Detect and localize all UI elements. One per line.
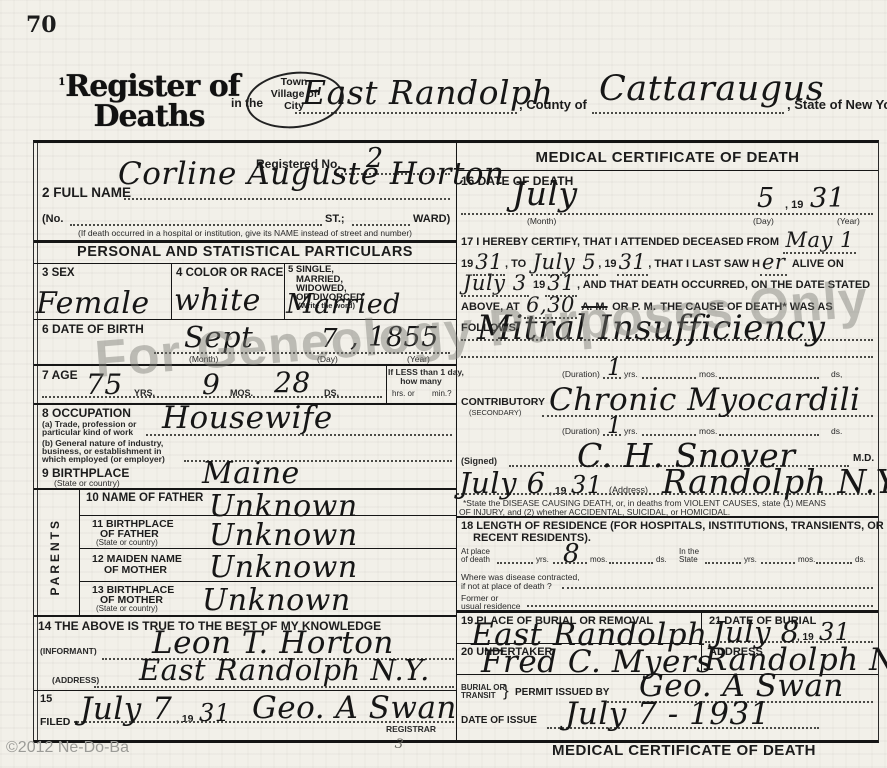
certify-text: 19	[461, 258, 473, 270]
full-name-value: Corline Auguste Horton	[118, 159, 505, 190]
father-birthplace-value: Unknown	[209, 521, 358, 551]
occupation-value: Housewife	[162, 403, 333, 434]
left-column: Registered No. 2 2 FULL NAME Corline Aug…	[34, 143, 456, 740]
attended-from-date: May 1	[783, 228, 855, 254]
column-divider	[456, 143, 457, 740]
cause-of-death-value: Mitral Insufficiency	[477, 311, 825, 345]
rule	[761, 562, 795, 564]
dob-month-caption: (Month)	[189, 354, 218, 364]
death-day-value: 5	[757, 185, 775, 212]
rule	[386, 364, 387, 403]
rule	[124, 198, 450, 200]
duration1-yrs-unit: yrs.	[624, 369, 638, 379]
filed-label: FILED	[40, 716, 70, 728]
duration1-label: (Duration)	[562, 369, 600, 379]
death-year-printed: , 19	[785, 199, 803, 211]
rule	[527, 605, 873, 607]
occupation-b-label-3: which employed (or employer)	[42, 454, 165, 464]
sex-label: 3 SEX	[42, 267, 75, 279]
marital-value: Married	[286, 291, 401, 318]
rule	[457, 516, 878, 518]
copyright-watermark: ©2012 Ne-Do-Ba	[6, 739, 129, 757]
rule	[642, 377, 696, 379]
birthplace-sub-label: (State or country)	[54, 478, 120, 488]
dob-year-value: , 1855	[350, 324, 439, 351]
form-box: Registered No. 2 2 FULL NAME Corline Aug…	[33, 140, 879, 743]
certify-text: , 19	[598, 258, 616, 270]
filed-year-written: 31	[199, 701, 231, 725]
stray-pencil-mark: 3	[394, 737, 405, 751]
page-number: 70	[26, 12, 57, 38]
mother-maiden-value: Unknown	[209, 553, 358, 583]
dob-day-caption: (Day)	[317, 354, 338, 364]
contributory-label: CONTRIBUTORY	[461, 396, 545, 408]
in-state-mos-unit: mos.	[798, 555, 815, 564]
contributory-sub-label: (SECONDARY)	[469, 408, 521, 417]
rule	[34, 263, 456, 264]
last-seen-date: July 3	[461, 271, 529, 297]
at-place-ds-unit: ds.	[656, 555, 667, 564]
race-value: white	[174, 286, 261, 316]
certify-text: 19	[533, 279, 545, 291]
at-place-mos-unit: mos.	[590, 555, 607, 564]
next-certificate-title: MEDICAL CERTIFICATE OF DEATH	[489, 742, 879, 759]
duration2-yrs-unit: yrs.	[624, 426, 638, 436]
father-birthplace-sub: (State or country)	[96, 538, 158, 547]
hospital-note: (If death occurred in a hospital or inst…	[34, 228, 456, 238]
death-day-caption: (Day)	[753, 216, 774, 226]
contributory-value: Chronic Myocardili	[549, 385, 860, 416]
rule	[34, 364, 456, 366]
duration1-mos-unit: mos.	[699, 369, 717, 379]
mother-maiden-label-2: OF MOTHER	[104, 564, 167, 576]
in-state-yrs-unit: yrs.	[744, 555, 757, 564]
death-year-written: 31	[810, 185, 845, 212]
informant-address-value: East Randolph N.Y.	[139, 656, 430, 685]
in-state-label-2: State	[679, 555, 698, 564]
register-title: 1Register of Deaths	[58, 68, 240, 132]
date-of-issue-label: DATE OF ISSUE	[461, 715, 537, 726]
rule	[34, 240, 456, 243]
age-months-value: 9	[202, 371, 220, 399]
signed-year-printed: , 19	[549, 485, 567, 497]
certify-text: , THAT I LAST SAW H	[648, 258, 760, 270]
place-value: East Randolph	[302, 76, 553, 109]
dob-label: 6 DATE OF BIRTH	[42, 322, 144, 336]
age-years-value: 75	[86, 371, 123, 399]
filed-number: 15	[40, 693, 52, 705]
min-label: min.?	[432, 389, 452, 398]
burial-year-written: 31	[819, 620, 851, 644]
race-label: 4 COLOR OR RACE	[176, 267, 283, 279]
at-place-yrs-unit: yrs.	[536, 555, 549, 564]
rule	[284, 263, 285, 319]
death-month-caption: (Month)	[527, 216, 556, 226]
rule	[457, 610, 878, 613]
birthplace-value: Maine	[202, 459, 300, 489]
signed-year-written: 31	[571, 473, 603, 497]
rule	[497, 562, 533, 564]
certify-text: , TO	[505, 258, 526, 270]
informant-address-label: (ADDRESS)	[52, 675, 99, 685]
occupation-a-label-2: particular kind of work	[42, 427, 133, 437]
rule	[609, 562, 653, 564]
title-line2: Deaths	[58, 102, 240, 132]
residence-label-1: 18 LENGTH OF RESIDENCE (FOR HOSPITALS, I…	[461, 520, 884, 532]
in-state-ds-unit: ds.	[855, 555, 866, 564]
rule	[352, 224, 410, 226]
duration2-years-value: 1	[607, 415, 622, 438]
transit-label: TRANSIT	[461, 691, 496, 700]
street-ward-label: WARD)	[413, 213, 450, 225]
registrar-signature: Geo. A Swan	[252, 693, 457, 724]
permit-brace: }	[503, 681, 509, 701]
duration1-ds-unit: ds,	[831, 369, 842, 379]
rule	[562, 587, 873, 589]
at-place-months-value: 8	[563, 541, 580, 567]
street-st-label: ST.;	[325, 213, 345, 225]
filed-date-value: July 7	[80, 694, 172, 725]
rule	[171, 263, 172, 319]
signed-date-value: July 6	[459, 469, 546, 498]
dob-month-value: Sept	[184, 323, 253, 352]
medical-certificate-title: MEDICAL CERTIFICATE OF DEATH	[457, 149, 878, 166]
rule	[70, 224, 322, 226]
informant-label: (INFORMANT)	[40, 646, 97, 656]
occupation-label: 8 OCCUPATION	[42, 406, 131, 420]
death-register-scan: 70 1Register of Deaths in the Town Villa…	[0, 0, 887, 768]
to-year-written: 31	[617, 250, 649, 276]
hrs-or-label: hrs. or	[392, 389, 415, 398]
dob-year-caption: (Year)	[407, 354, 430, 364]
street-no-label: (No.	[42, 213, 63, 225]
sex-value: Female	[36, 289, 150, 319]
filed-year-printed: , 19	[176, 713, 194, 725]
certify-text: ALIVE ON	[792, 258, 844, 270]
age-label: 7 AGE	[42, 368, 78, 382]
rule	[461, 356, 873, 358]
age-days-value: 28	[274, 369, 311, 397]
mother-birthplace-value: Unknown	[202, 586, 351, 616]
date-of-issue-value: July 7 - 1931	[565, 699, 770, 730]
physician-address-value: Randolph N.Y.	[662, 465, 887, 498]
duration1-years-value: 1	[607, 357, 622, 380]
county-blank-line	[592, 112, 784, 114]
personal-section-title: PERSONAL AND STATISTICAL PARTICULARS	[34, 244, 456, 260]
parents-vertical-label: PARENTS	[48, 518, 62, 595]
death-year-caption: (Year)	[837, 216, 860, 226]
signed-label: (Signed)	[461, 456, 497, 466]
rule	[705, 562, 741, 564]
duration2-mos-unit: mos.	[699, 426, 717, 436]
duration2-ds-unit: ds.	[831, 426, 842, 436]
duration2-label: (Duration)	[562, 426, 600, 436]
father-name-label: 10 NAME OF FATHER	[86, 492, 203, 504]
death-month-value: July	[512, 177, 578, 210]
mother-birthplace-sub: (State or country)	[96, 604, 158, 613]
rule	[457, 170, 878, 171]
contracted-label-2: if not at place of death ?	[461, 581, 552, 591]
county-value: Cattaraugus	[599, 72, 824, 107]
certify-text: 17 I HEREBY CERTIFY, THAT I ATTENDED DEC…	[461, 236, 779, 248]
pronoun-written: er	[760, 250, 787, 276]
dob-day-value: 7	[321, 326, 338, 352]
at-place-label-2: of death	[461, 555, 490, 564]
right-column: MEDICAL CERTIFICATE OF DEATH 16 DATE OF …	[457, 143, 878, 740]
less-than-day-note-2: how many	[388, 376, 454, 386]
rule	[816, 562, 852, 564]
rule	[79, 488, 80, 615]
rule	[719, 377, 819, 379]
